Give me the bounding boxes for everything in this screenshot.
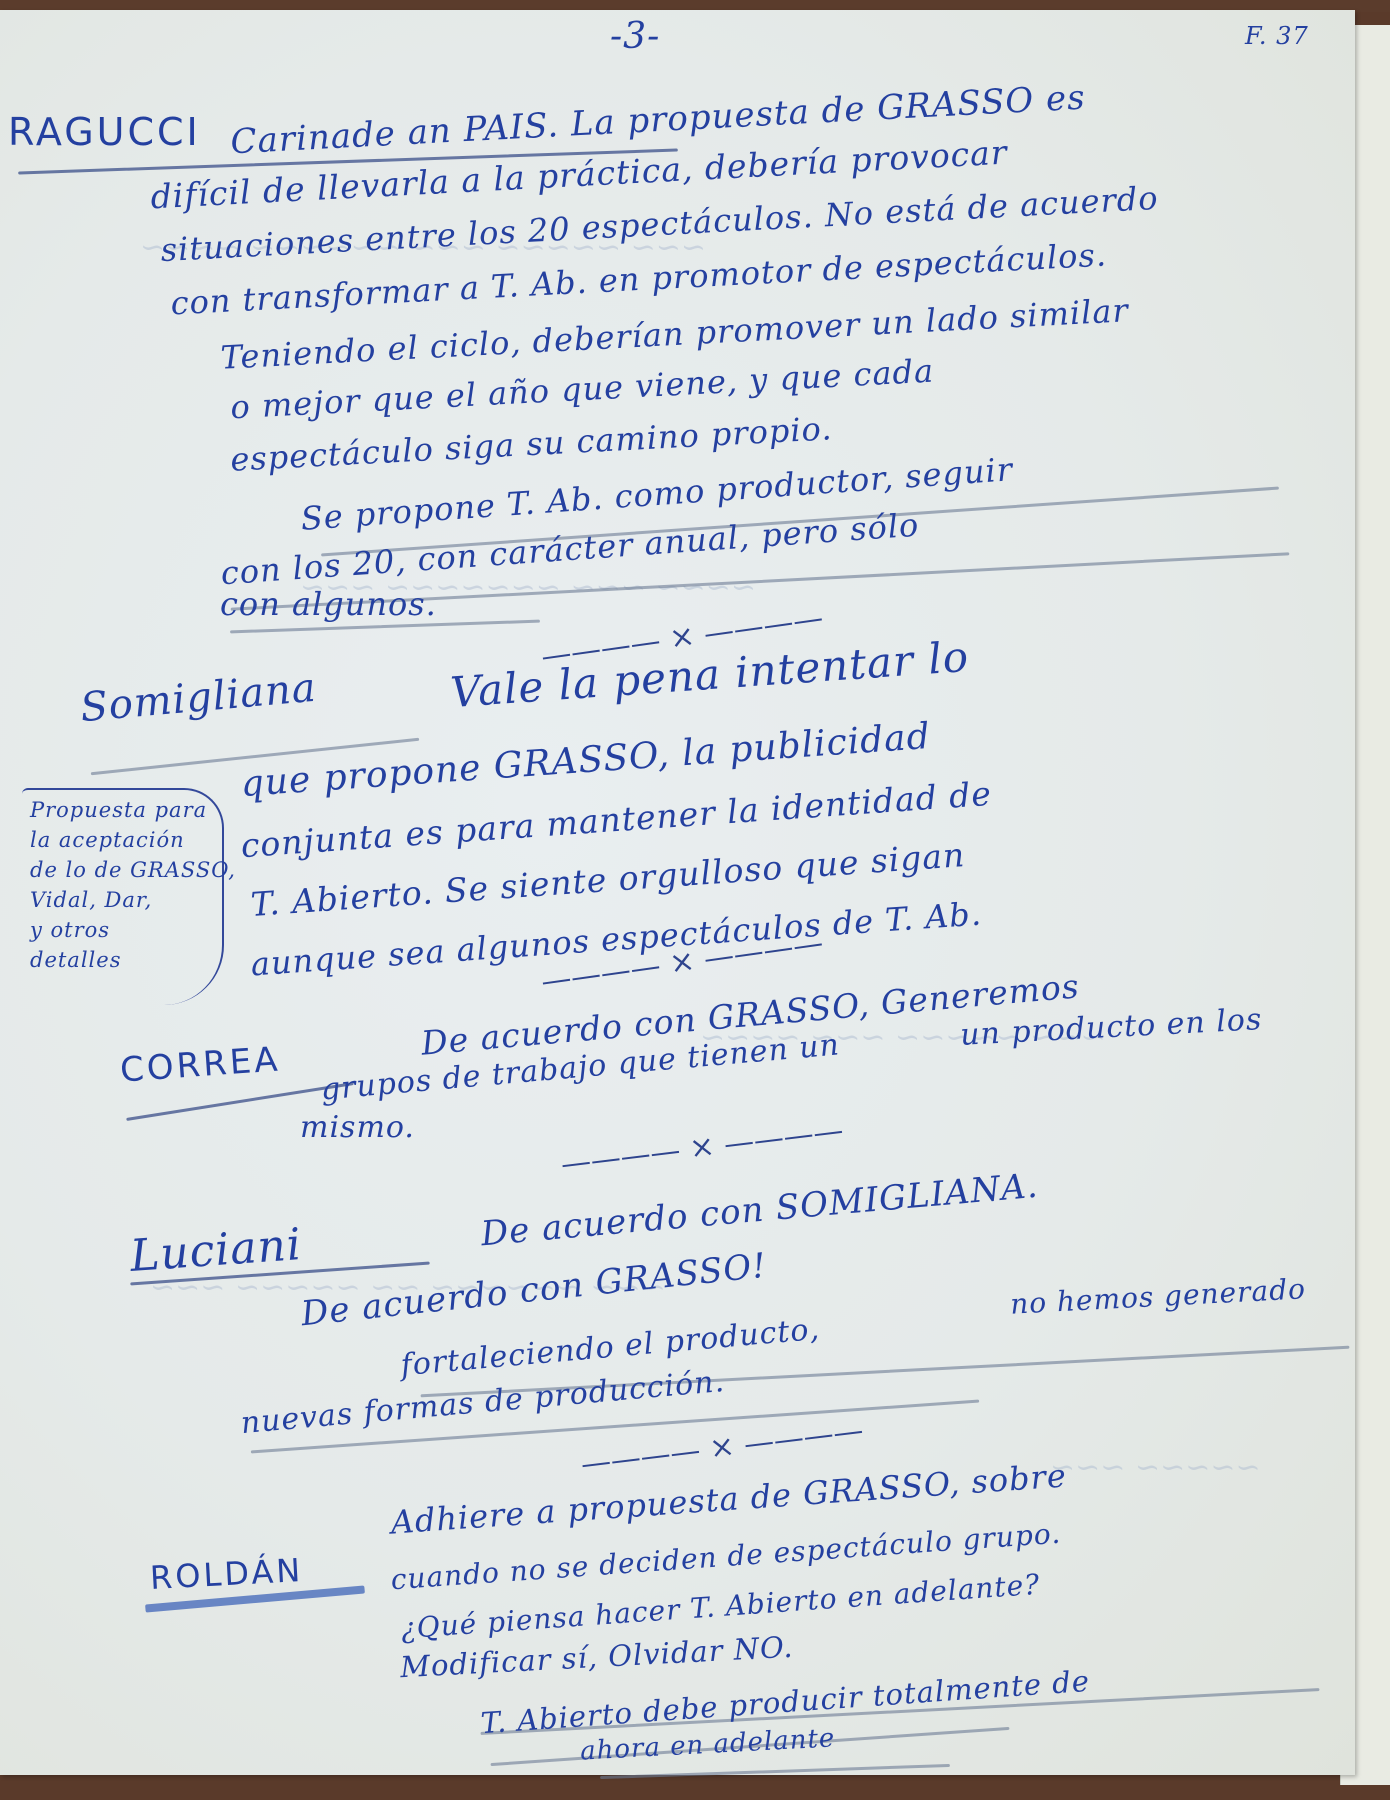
margin-note-line: la aceptación — [30, 825, 185, 855]
section-separator: ———— × ———— — [559, 1113, 845, 1182]
speaker-name: CORREA — [119, 1039, 282, 1090]
speaker-name: RAGUCCI — [8, 110, 201, 154]
text-line: De acuerdo con GRASSO! — [299, 1246, 768, 1335]
margin-note-line: Vidal, Dar, — [30, 885, 152, 915]
text-line: con algunos. — [220, 585, 437, 623]
bleed-through-text: ~~~~~ ~~~ — [1050, 1450, 1261, 1485]
text-line: mismo. — [300, 1110, 415, 1145]
underline — [600, 1764, 950, 1779]
text-line: no hemos generado — [1009, 1272, 1306, 1320]
margin-note-line: Propuesta para — [30, 795, 207, 825]
speaker-name: Somigliana — [78, 665, 318, 731]
margin-note-line: de lo de GRASSO, — [30, 855, 236, 885]
page-number: -3- — [610, 16, 660, 57]
speaker-name: ROLDÁN — [149, 1551, 304, 1597]
handwritten-page: ~~~ ~~~~~ ~~~ ~~~~~~ ~~~~ ~~~~ ~~~ ~~~~~… — [0, 10, 1355, 1775]
text-line: fortaleciendo el producto, — [399, 1312, 821, 1384]
folio-number: F. 37 — [1245, 22, 1309, 50]
margin-note-line: y otros — [30, 915, 110, 945]
margin-note-line: detalles — [30, 945, 121, 975]
section-separator: ———— × ———— — [579, 1413, 865, 1482]
